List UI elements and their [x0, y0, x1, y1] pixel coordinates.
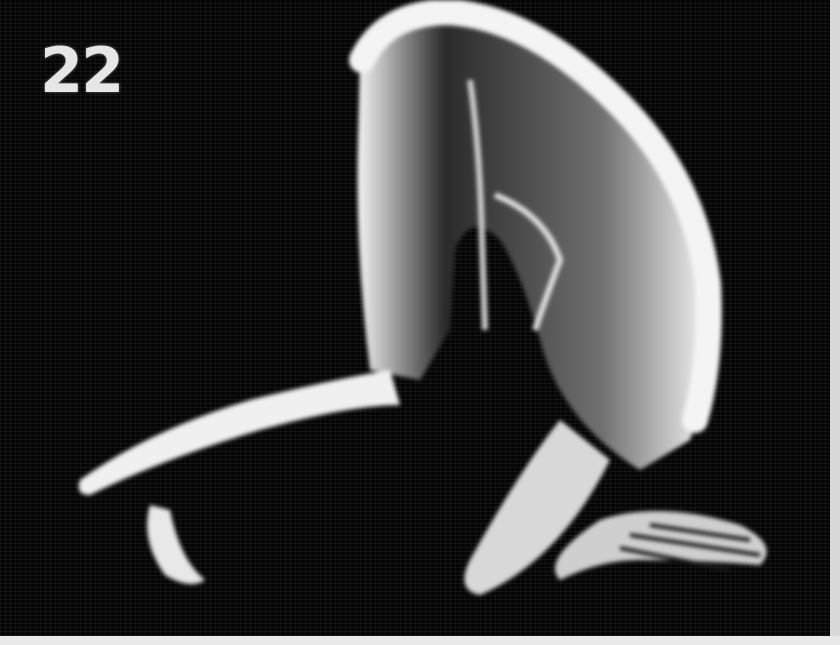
foot	[147, 505, 205, 584]
figure-silhouette	[0, 0, 830, 636]
extended-leg	[79, 370, 400, 495]
torso-shape	[358, 12, 707, 470]
hands	[555, 511, 767, 580]
scan-border-bottom	[0, 636, 840, 645]
kneeling-leg	[464, 420, 610, 595]
plate-number: 22	[40, 40, 122, 102]
halftone-photo: 22	[0, 0, 830, 636]
scan-border-right	[830, 0, 840, 645]
